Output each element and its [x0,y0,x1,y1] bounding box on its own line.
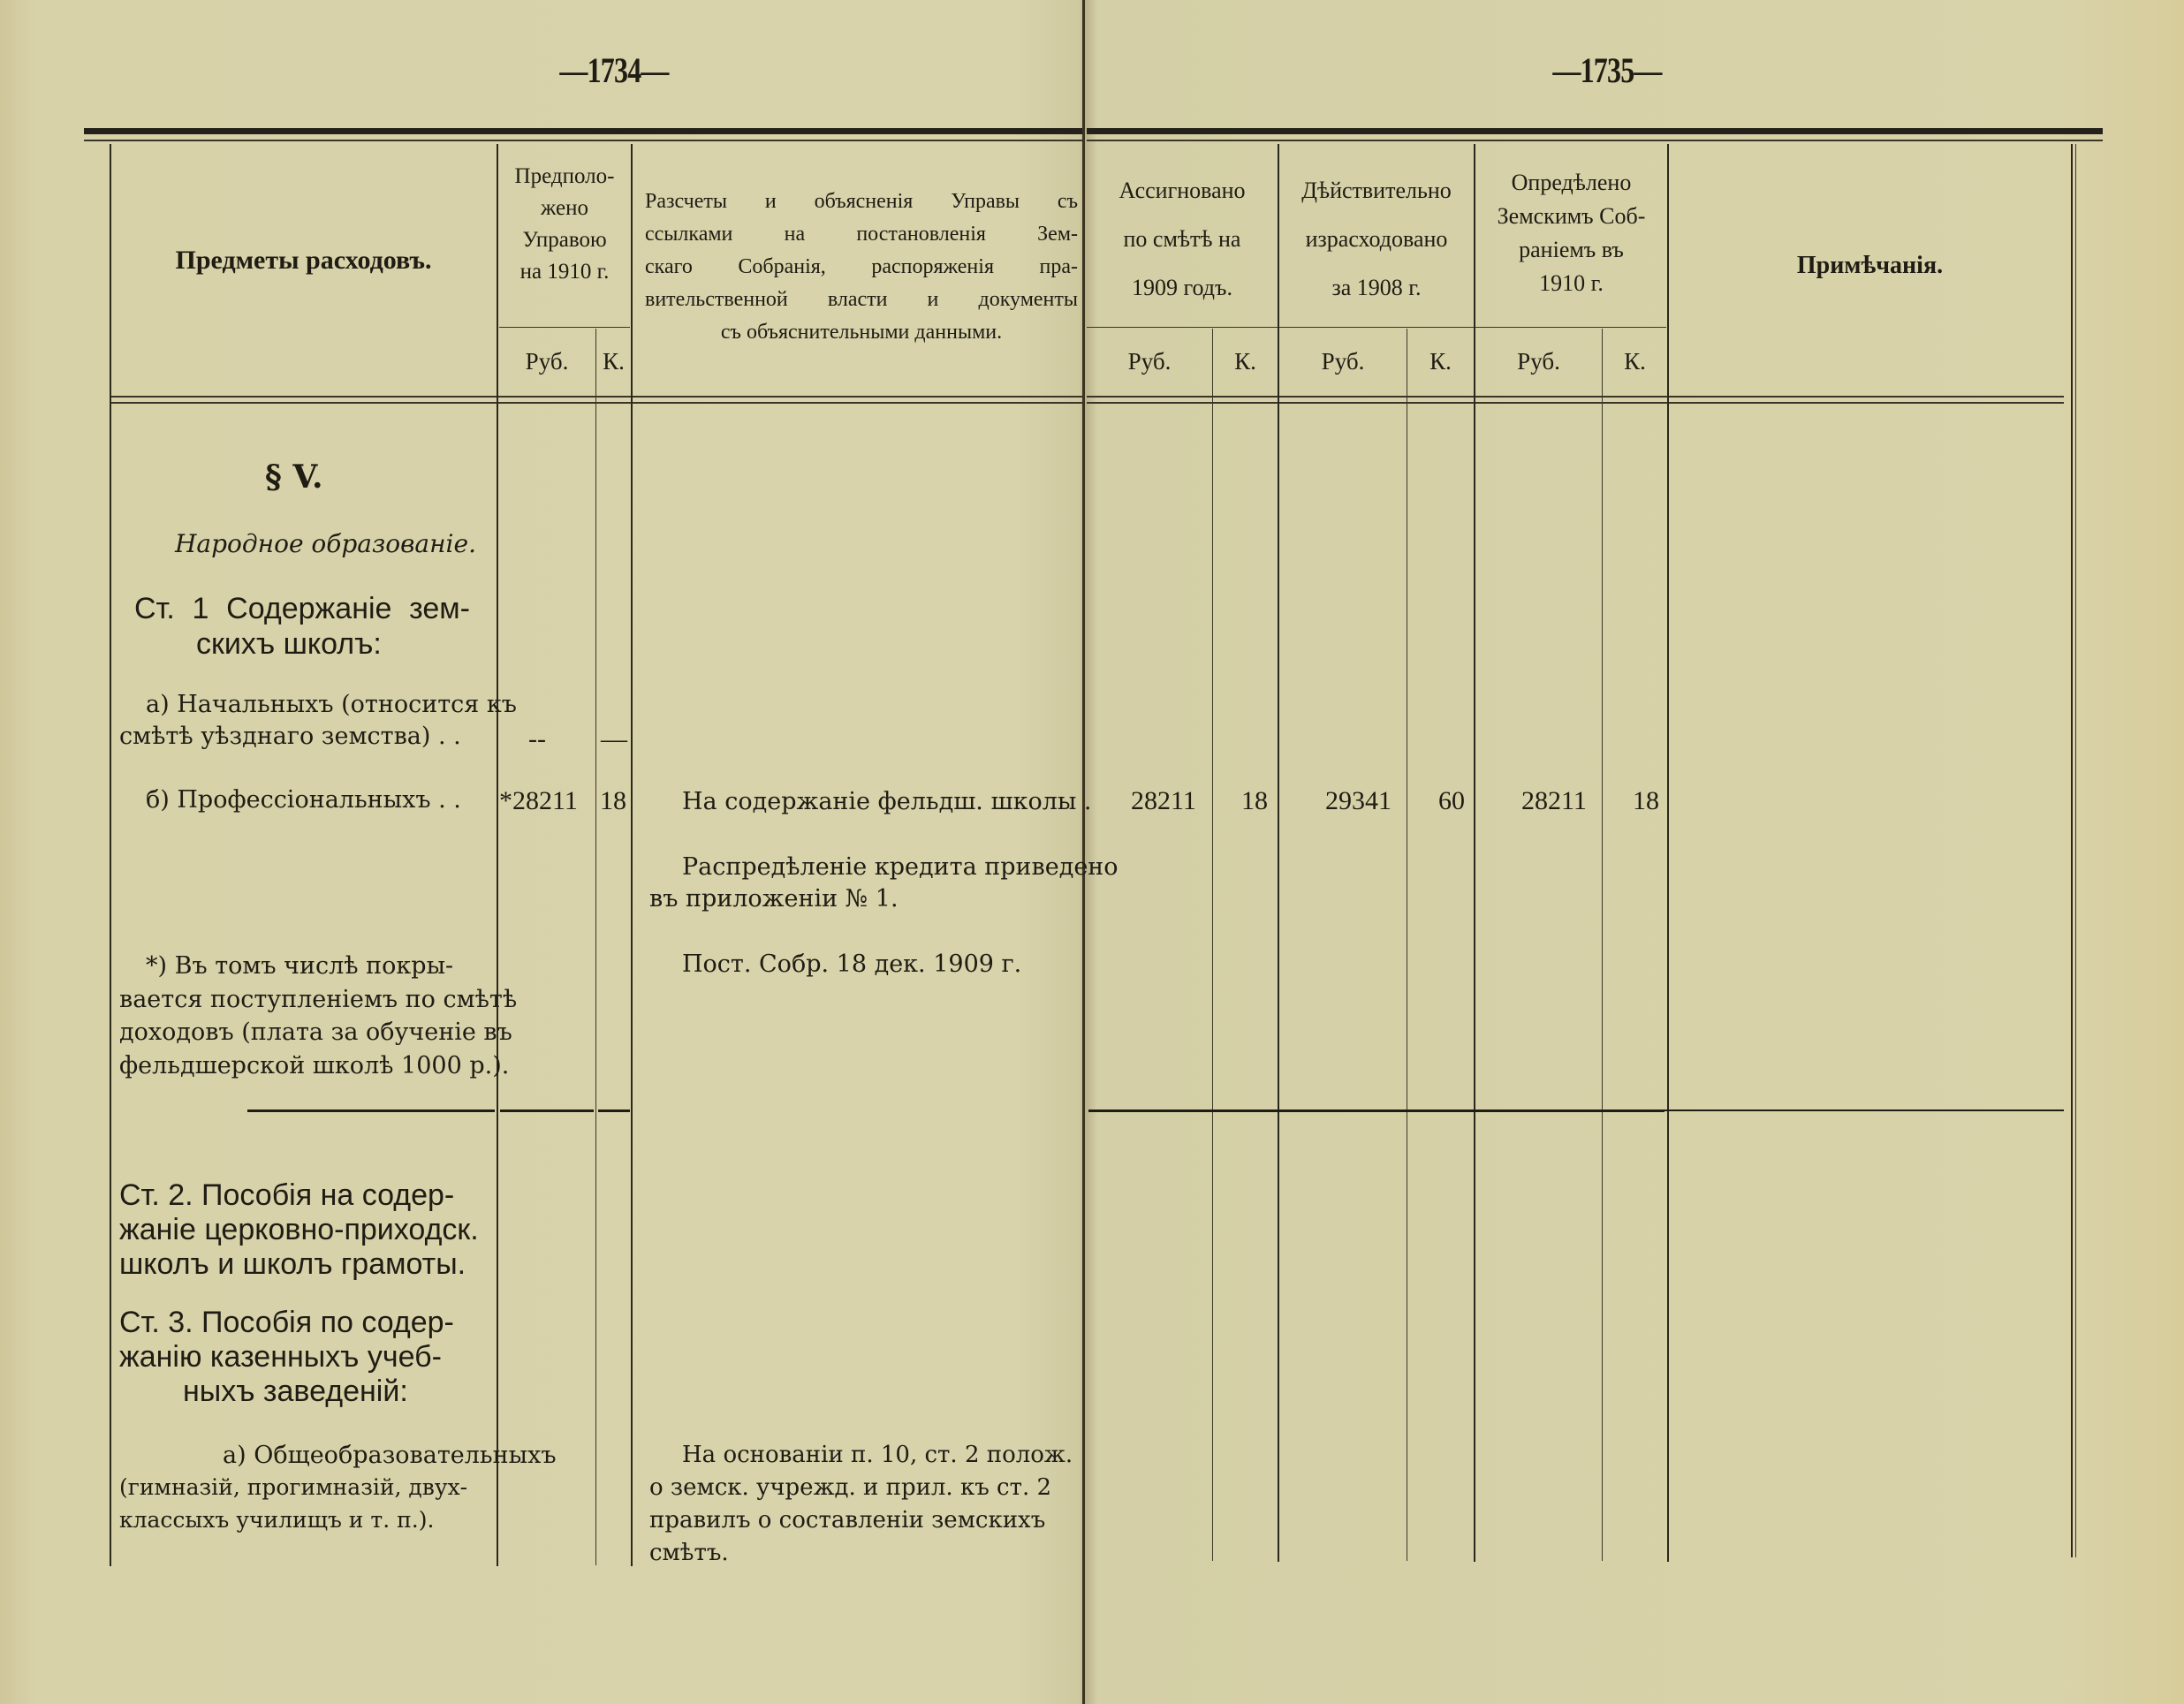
explanation-st1b-line: На содержаніе фельдш. школы . [682,790,1092,814]
top-rule-right [1087,128,2103,134]
article-st2-line: жаніе церковно-приходск. [119,1215,479,1245]
header-spent-line: израсходовано [1279,215,1474,263]
header-determined-line: Земскимъ Соб- [1475,200,1667,233]
footnote-line: доходовъ (плата за обученіе въ [119,1020,512,1044]
assigned-kop-st1b: 18 [1241,788,1268,814]
header-proposed-line: Управою [498,224,631,256]
header-explanations: Разсчеты и объясненія Управы съ ссылками… [645,186,1078,349]
header-explanations-line: ссылками на постановленія Зем- [645,218,1078,251]
determined-rub-st1b: 28211 [1521,788,1587,814]
footnote-line: *) Въ томъ числѣ покры- [146,954,453,978]
header-rule-right [1087,396,2064,398]
assigned-rub-st1b: 28211 [1131,788,1196,814]
col-divider-determined-kop [1602,329,1603,1561]
article-st3a-line: а) Общеобразовательныхъ [223,1443,557,1467]
section-title: Народное образованіе. [175,532,476,557]
separator-proposed-rub [500,1109,594,1112]
header-proposed-line: на 1910 г. [498,256,631,288]
right-border-2 [2075,144,2076,1557]
header-proposed-kop: К. [596,345,631,378]
header-determined-kop: К. [1603,345,1667,378]
header-determined-line: 1910 г. [1475,267,1667,300]
right-page-number: —1735— [1552,49,1661,91]
explanation-st1b-line: Пост. Собр. 18 дек. 1909 г. [682,952,1021,976]
article-st3a-line: (гимназій, прогимназій, двух- [119,1476,467,1498]
header-determined-rub: Руб. [1475,345,1602,378]
top-rule-left [84,128,1082,134]
explanation-st3a-line: смѣтъ. [649,1541,729,1564]
top-rule-right-thin [1087,140,2103,141]
separator-proposed-kop [598,1109,630,1112]
header-spent-rub: Руб. [1279,345,1407,378]
proposed-rub-st1a: -- [528,726,546,753]
proposed-kop-st1b: 18 [600,788,626,814]
header-spent-kop: К. [1407,345,1474,378]
explanation-st3a-line: о земск. учрежд. и прил. къ ст. 2 [649,1476,1051,1499]
header-assigned-kop: К. [1213,345,1278,378]
header-explanations-line: скаго Собранія, распоряженія пра- [645,251,1078,284]
left-page-number: —1734— [559,49,668,91]
header-rule-right-2 [1087,402,2064,404]
spent-kop-st1b: 60 [1438,788,1465,814]
proposed-rub-st1b: *28211 [499,788,578,814]
article-st1a-line: а) Начальныхъ (относится къ [146,693,517,716]
article-st3-line: Ст. 3. Пособія по содер- [119,1307,454,1337]
article-st3-line: жанію казенныхъ учеб- [119,1342,442,1372]
header-determined-line: раніемъ въ [1475,233,1667,267]
header-proposed-rub: Руб. [498,345,595,378]
article-st2-line: школъ и школъ грамоты. [119,1249,466,1279]
footnote-line: фельдшерской школѣ 1000 р.). [119,1054,509,1078]
header-explanations-line: Разсчеты и объясненія Управы съ [645,186,1078,218]
header-proposed-line: жено [498,193,631,224]
separator-items [247,1109,495,1112]
header-assigned: Ассигновано по смѣтѣ на 1909 годъ. [1087,166,1278,312]
header-determined-line: Опредѣлено [1475,166,1667,200]
col-divider-proposed [631,144,633,1566]
article-st3a-line: классыхъ училищъ и т. п.). [119,1509,434,1531]
header-spent-line: за 1908 г. [1279,263,1474,312]
subheader-rule-right [1087,327,1666,328]
top-rule-left-thin [84,140,1082,141]
spent-rub-st1b: 29341 [1325,788,1392,814]
header-proposed: Предполо- жено Управою на 1910 г. [498,161,631,288]
header-assigned-line: Ассигновано [1087,166,1278,215]
article-st1b-line: б) Профессіональныхъ . . [146,788,461,812]
section-number: § V. [265,461,323,493]
header-proposed-line: Предполо- [498,161,631,193]
proposed-kop-st1a: — [601,726,627,753]
header-explanations-line: съ объяснительными данными. [645,316,1078,349]
header-spent: Дѣйствительно израсходовано за 1908 г. [1279,166,1474,312]
article-st1a-line: смѣтѣ уѣзднаго земства) . . [119,724,461,748]
header-notes: Примѣчанія. [1669,249,2071,283]
header-explanations-line: вительственной власти и документы [645,284,1078,316]
col-divider-determined [1667,144,1669,1562]
left-border [110,144,111,1566]
header-assigned-rub: Руб. [1087,345,1212,378]
footnote-line: вается поступленіемъ по смѣтѣ [119,988,517,1011]
header-rule-left [110,396,1082,398]
explanation-st1b-line: Распредѣленіе кредита приведено [682,855,1119,879]
determined-kop-st1b: 18 [1633,788,1659,814]
col-divider-proposed-kop [595,329,596,1565]
header-assigned-line: по смѣтѣ на [1087,215,1278,263]
article-st3-line: ныхъ заведеній: [183,1376,408,1406]
header-items: Предметы расходовъ. [110,244,497,277]
header-rule-left-2 [110,402,1082,404]
col-divider-spent-kop [1407,329,1407,1561]
explanation-st3a-line: правилъ о составленіи земскихъ [649,1509,1045,1532]
article-line: Ст. 1 Содержаніе зем- [134,594,470,624]
header-assigned-line: 1909 годъ. [1087,263,1278,312]
separator-right-cols [1088,1109,1665,1112]
subheader-rule-proposed [499,327,630,328]
header-spent-line: Дѣйствительно [1279,166,1474,215]
book-spine [1082,0,1085,1704]
right-border [2071,144,2073,1557]
article-st1-label: Ст. 1 Содержаніе зем- [134,594,470,624]
explanation-st1b-line: въ приложеніи № 1. [649,887,899,911]
header-determined: Опредѣлено Земскимъ Соб- раніемъ въ 1910… [1475,166,1667,300]
article-st1-label-2: скихъ школъ: [196,629,382,659]
article-st2-line: Ст. 2. Пособія на содер- [119,1180,454,1210]
col-divider-assigned-kop [1212,329,1213,1561]
explanation-st3a-line: На основаніи п. 10, ст. 2 полож. [682,1443,1073,1466]
